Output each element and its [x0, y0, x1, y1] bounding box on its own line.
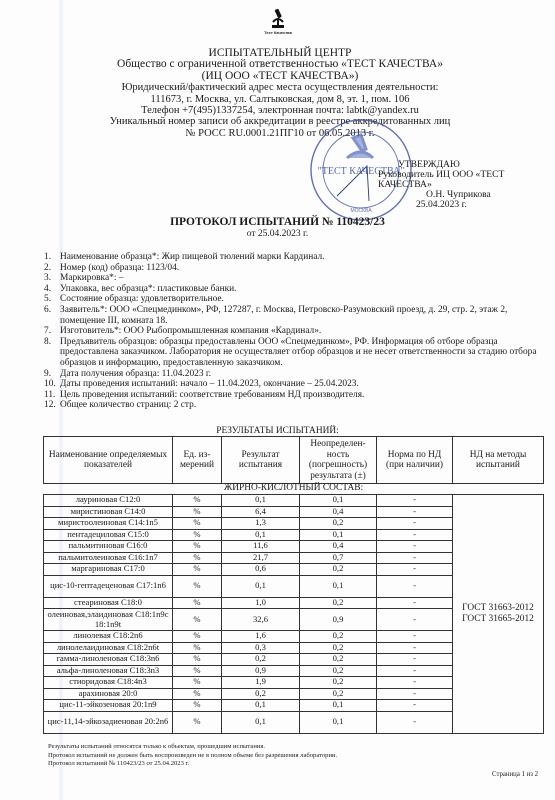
item-number: 6.	[44, 305, 51, 316]
item-number: 9.	[44, 369, 51, 380]
section-title: ЖИРНО-КИСЛОТНЫЙ СОСТАВ:	[44, 484, 544, 495]
result-value: 0,2	[222, 688, 300, 700]
item-number: 3.	[44, 273, 51, 284]
unit: %	[173, 700, 222, 712]
footer-note: Протокол испытаний не должен быть воспро…	[48, 752, 337, 761]
item-text: Заявитель*: ООО «Спецмединком», РФ, 1272…	[60, 305, 507, 326]
result-value: 0,1	[222, 495, 300, 507]
footer-note: Результаты испытаний относятся только к …	[48, 743, 337, 752]
norm-value: -	[377, 506, 453, 518]
approval-block: УТВЕРЖДАЮ Руководитель ИЦ ООО «ТЕСТ КАЧЕ…	[378, 160, 555, 210]
unit: %	[173, 654, 222, 666]
svg-text:МОСКВА: МОСКВА	[350, 208, 372, 214]
item-number: 5.	[44, 294, 51, 305]
list-item: 9.Дата получения образца: 11.04.2023 г.	[44, 369, 544, 380]
accreditation-label: Уникальный номер записи об аккредитации …	[60, 116, 500, 127]
result-value: 0,3	[222, 642, 300, 654]
col-method: НД на методы испытаний	[453, 437, 544, 484]
approval-date: 25.04.2023 г.	[378, 200, 555, 210]
test-method: ГОСТ 31663-2012	[455, 603, 541, 614]
item-number: 7.	[44, 326, 51, 337]
uncertainty-value: 0,4	[300, 541, 377, 553]
result-value: 0,1	[222, 575, 300, 597]
table-header-row: Наименование определяемых показателей Ед…	[44, 437, 544, 484]
item-text: Даты проведения испытаний: начало – 11.0…	[60, 379, 359, 389]
item-number: 1.	[44, 252, 51, 263]
item-text: Изготовитель*: ООО Рыбопромышленная комп…	[60, 326, 321, 336]
norm-value: -	[377, 642, 453, 654]
norm-value: -	[377, 631, 453, 643]
result-value: 0,1	[222, 711, 300, 733]
col-unit: Ед. из-мерений	[173, 437, 222, 484]
list-item: 2.Номер (код) образца: 1123/04.	[44, 263, 544, 274]
document-page: Тест Качества ИСПЫТАТЕЛЬНЫЙ ЦЕНТР Общест…	[0, 0, 555, 800]
section-row: ЖИРНО-КИСЛОТНЫЙ СОСТАВ:	[44, 484, 544, 495]
uncertainty-value: 0,1	[300, 575, 377, 597]
unit: %	[173, 506, 222, 518]
sample-info-list: 1.Наименование образца*: Жир пищевой тюл…	[44, 252, 544, 411]
norm-value: -	[377, 609, 453, 631]
norm-value: -	[377, 688, 453, 700]
table-row: лауриновая С12:0%0,10,1-ГОСТ 31663-2012Г…	[44, 495, 544, 507]
uncertainty-value: 0,1	[300, 711, 377, 733]
uncertainty-value: 0,1	[300, 529, 377, 541]
indicator-name: гамма-линоленовая С18:3n6	[44, 654, 173, 666]
org-short-name: (ИЦ ООО «ТЕСТ КАЧЕСТВА»)	[60, 71, 500, 82]
uncertainty-value: 0,2	[300, 688, 377, 700]
protocol-title: ПРОТОКОЛ ИСПЫТАНИЙ № 110423/23	[0, 216, 555, 228]
item-number: 4.	[44, 284, 51, 295]
page-number: Страница 1 из 2	[492, 771, 538, 778]
norm-value: -	[377, 711, 453, 733]
unit: %	[173, 688, 222, 700]
unit: %	[173, 609, 222, 631]
result-value: 0,6	[222, 564, 300, 576]
list-item: 10.Даты проведения испытаний: начало – 1…	[44, 379, 544, 390]
indicator-name: линолевая С18:2n6	[44, 631, 173, 643]
item-number: 10.	[44, 379, 56, 390]
indicator-name: линолелаидиновая С18:2n6t	[44, 642, 173, 654]
indicator-name: альфа-линоленовая С18:3n3	[44, 665, 173, 677]
lab-header: ИСПЫТАТЕЛЬНЫЙ ЦЕНТР Общество с ограничен…	[60, 48, 500, 139]
col-uncertainty: Неопределен-ность (погрешность) результа…	[300, 437, 377, 484]
unit: %	[173, 677, 222, 689]
unit: %	[173, 541, 222, 553]
norm-value: -	[377, 518, 453, 530]
uncertainty-value: 0,1	[300, 495, 377, 507]
list-item: 3.Маркировка*: –	[44, 273, 544, 284]
unit: %	[173, 529, 222, 541]
item-text: Предъявитель образцов: образцы предостав…	[60, 337, 536, 368]
item-number: 8.	[44, 337, 51, 348]
list-item: 7.Изготовитель*: ООО Рыбопромышленная ко…	[44, 326, 544, 337]
test-method: ГОСТ 31665-2012	[455, 614, 541, 625]
item-text: Маркировка*: –	[60, 273, 123, 283]
unit: %	[173, 552, 222, 564]
results-title: РЕЗУЛЬТАТЫ ИСПЫТАНИЙ:	[0, 426, 555, 436]
list-item: 6.Заявитель*: ООО «Спецмединком», РФ, 12…	[44, 305, 544, 326]
list-item: 12.Общее количество страниц: 2 стр.	[44, 400, 544, 411]
accreditation-number: № РОСС RU.0001.21ПГ10 от 06.05.2013 г.	[60, 128, 500, 139]
uncertainty-value: 0,2	[300, 654, 377, 666]
contacts: Телефон +7(495)1337254, электронная почт…	[60, 105, 500, 116]
indicator-name: цис-11-эйкозеновая 20:1n9	[44, 700, 173, 712]
approver-position: Руководитель ИЦ ООО «ТЕСТ КАЧЕСТВА»	[378, 170, 555, 190]
indicator-name: арахиновая 20:0	[44, 688, 173, 700]
uncertainty-value: 0,2	[300, 564, 377, 576]
unit: %	[173, 642, 222, 654]
footer-notes: Результаты испытаний относятся только к …	[48, 743, 337, 769]
microscope-icon	[269, 8, 287, 30]
col-result: Результат испытания	[222, 437, 300, 484]
col-norm: Норма по НД (при наличии)	[377, 437, 453, 484]
list-item: 8.Предъявитель образцов: образцы предост…	[44, 337, 544, 369]
company-logo: Тест Качества	[258, 8, 298, 44]
unit: %	[173, 564, 222, 576]
norm-value: -	[377, 564, 453, 576]
norm-value: -	[377, 654, 453, 666]
norm-value: -	[377, 529, 453, 541]
result-value: 1,0	[222, 597, 300, 609]
norm-value: -	[377, 597, 453, 609]
item-text: Состояние образца: удовлетворительное.	[60, 294, 224, 304]
indicator-name: миристоолеиновая С14:1n5	[44, 518, 173, 530]
indicator-name: стиоридовая С18:4n3	[44, 677, 173, 689]
indicator-name: маргариновая С17:0	[44, 564, 173, 576]
result-value: 0,9	[222, 665, 300, 677]
item-text: Упаковка, вес образца*: пластиковые банк…	[60, 284, 237, 294]
logo-text: Тест Качества	[258, 30, 298, 35]
item-text: Цель проведения испытаний: соответствие …	[60, 390, 364, 400]
result-value: 32,6	[222, 609, 300, 631]
indicator-name: лауриновая С12:0	[44, 495, 173, 507]
norm-value: -	[377, 700, 453, 712]
indicator-name: пальмитолеиновая С16:1n7	[44, 552, 173, 564]
item-number: 2.	[44, 263, 51, 274]
uncertainty-value: 0,4	[300, 506, 377, 518]
indicator-name: стеариновая С18:0	[44, 597, 173, 609]
address: 111673, г. Москва, ул. Салтыковская, дом…	[60, 94, 500, 105]
norm-value: -	[377, 665, 453, 677]
norm-value: -	[377, 541, 453, 553]
indicator-name: миристиновая С14:0	[44, 506, 173, 518]
unit: %	[173, 518, 222, 530]
indicator-name: пальмитиновая С16:0	[44, 541, 173, 553]
uncertainty-value: 0,1	[300, 700, 377, 712]
address-label: Юридический/фактический адрес места осущ…	[60, 82, 500, 93]
results-table: Наименование определяемых показателей Ед…	[43, 436, 544, 734]
result-value: 1,9	[222, 677, 300, 689]
result-value: 1,6	[222, 631, 300, 643]
item-text: Дата получения образца: 11.04.2023 г.	[60, 369, 211, 379]
indicator-name: олеиновая,элаидиновая С18:1n9c 18:1n9t	[44, 609, 173, 631]
uncertainty-value: 0,2	[300, 518, 377, 530]
indicator-name: цис-10-гептадеценовая С17:1n6	[44, 575, 173, 597]
indicator-name: цис-11,14-эйкозадиеновая 20:2n6	[44, 711, 173, 733]
uncertainty-value: 0,2	[300, 631, 377, 643]
item-number: 12.	[44, 400, 56, 411]
uncertainty-value: 0,7	[300, 552, 377, 564]
uncertainty-value: 0,2	[300, 665, 377, 677]
result-value: 11,6	[222, 541, 300, 553]
list-item: 5.Состояние образца: удовлетворительное.	[44, 294, 544, 305]
item-text: Общее количество страниц: 2 стр.	[60, 400, 196, 410]
list-item: 11.Цель проведения испытаний: соответств…	[44, 390, 544, 401]
unit: %	[173, 575, 222, 597]
result-value: 0,2	[222, 654, 300, 666]
norm-value: -	[377, 552, 453, 564]
norm-value: -	[377, 495, 453, 507]
unit: %	[173, 665, 222, 677]
unit: %	[173, 597, 222, 609]
unit: %	[173, 495, 222, 507]
uncertainty-value: 0,9	[300, 609, 377, 631]
uncertainty-value: 0,2	[300, 642, 377, 654]
item-number: 11.	[44, 390, 55, 401]
uncertainty-value: 0,2	[300, 597, 377, 609]
uncertainty-value: 0,2	[300, 677, 377, 689]
footer-note: Протокол испытаний № 110423/23 от 25.04.…	[48, 760, 337, 769]
result-value: 21,7	[222, 552, 300, 564]
item-text: Наименование образца*: Жир пищевой тюлен…	[60, 252, 325, 262]
unit: %	[173, 711, 222, 733]
unit: %	[173, 631, 222, 643]
test-method-cell: ГОСТ 31663-2012ГОСТ 31665-2012	[453, 495, 544, 734]
result-value: 0,1	[222, 529, 300, 541]
list-item: 4.Упаковка, вес образца*: пластиковые ба…	[44, 284, 544, 295]
protocol-date: от 25.04.2023 г.	[0, 229, 555, 239]
result-value: 0,1	[222, 700, 300, 712]
norm-value: -	[377, 575, 453, 597]
col-indicator: Наименование определяемых показателей	[44, 437, 173, 484]
result-value: 1,3	[222, 518, 300, 530]
indicator-name: пентадециловая С15:0	[44, 529, 173, 541]
result-value: 6,4	[222, 506, 300, 518]
item-text: Номер (код) образца: 1123/04.	[60, 263, 179, 273]
list-item: 1.Наименование образца*: Жир пищевой тюл…	[44, 252, 544, 263]
norm-value: -	[377, 677, 453, 689]
